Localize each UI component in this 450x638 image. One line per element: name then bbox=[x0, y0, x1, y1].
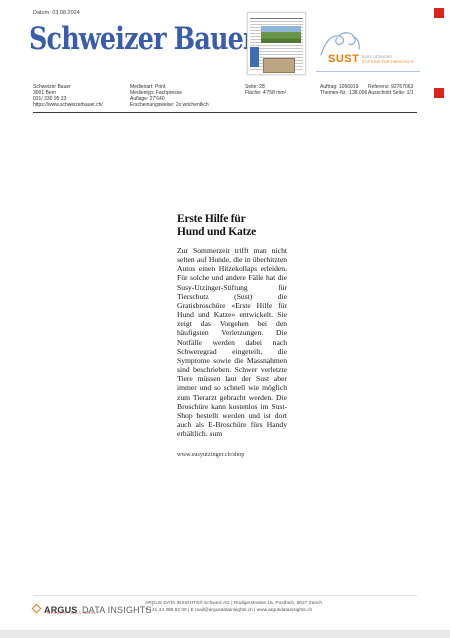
article-title-line2: Hund und Katze bbox=[177, 226, 256, 238]
sust-subtitle: SUSY UTZINGER STIFTUNG FÜR TIERSCHUTZ bbox=[362, 55, 414, 64]
meta-ausschnitt-seite: Ausschnitt Seite: 1/1 bbox=[368, 91, 414, 97]
date-label: Datum: 03.08.2024 bbox=[33, 10, 80, 16]
clipping-marker-top bbox=[434, 8, 444, 18]
thumbnail-blue-column-block bbox=[250, 47, 259, 67]
thumbnail-landscape-photo bbox=[261, 26, 301, 43]
footer-address-line: ARGUS DATA INSIGHTS® Schweiz AG | Rüdige… bbox=[145, 601, 322, 608]
meta-order-block: Auftrag: 1066919 Themen-Nr.: 138.006 bbox=[320, 85, 367, 97]
newspaper-logo: Schweizer Bauer bbox=[29, 21, 256, 57]
article-clipping: Erste Hilfe für Hund und Katze Zur Somme… bbox=[177, 213, 287, 458]
argus-tagline: WISSEN, WAS ZÄHLT. bbox=[47, 611, 102, 615]
sust-underline bbox=[316, 71, 420, 72]
meta-flaeche: Fläche: 4'758 mm² bbox=[245, 91, 286, 97]
article-title: Erste Hilfe für Hund und Katze bbox=[177, 213, 287, 239]
argus-press-clipping-page: Datum: 03.08.2024 Schweizer Bauer SUST S… bbox=[0, 0, 450, 638]
footer-contact-block: ARGUS DATA INSIGHTS® Schweiz AG | Rüdige… bbox=[145, 601, 322, 614]
argus-diamond-icon bbox=[32, 604, 42, 614]
thumbnail-page-header bbox=[250, 14, 303, 19]
meta-themen-nr: Themen-Nr.: 138.006 bbox=[320, 91, 367, 97]
page-bottom-edge bbox=[0, 630, 450, 638]
meta-erscheinungsweise: Erscheinungsweise: 2x wöchentlich bbox=[130, 103, 209, 109]
article-link[interactable]: www.susyutzinger.ch/shop bbox=[177, 451, 287, 458]
footer-divider-line bbox=[33, 595, 417, 596]
sust-logo: SUST SUSY UTZINGER STIFTUNG FÜR TIERSCHU… bbox=[316, 30, 420, 74]
clipping-marker-middle bbox=[434, 88, 444, 98]
thumbnail-article-photo bbox=[263, 58, 295, 73]
meta-source-url[interactable]: https://www.schweizerbauer.ch/ bbox=[33, 103, 103, 109]
footer-contact-line[interactable]: T +41 44 388 82 00 | E mail@argusdatains… bbox=[145, 608, 322, 615]
argus-logo: ARGUS DATA INSIGHTS’ bbox=[33, 600, 153, 618]
article-title-line1: Erste Hilfe für bbox=[177, 213, 246, 225]
article-body: Zur Sommerzeit trifft man nicht selten a… bbox=[177, 246, 287, 438]
meta-reference-block: Referenz: 92767063 Ausschnitt Seite: 1/1 bbox=[368, 85, 414, 97]
sust-subtitle-line2: STIFTUNG FÜR TIERSCHUTZ bbox=[362, 60, 414, 65]
meta-placement-block: Seite: 28 Fläche: 4'758 mm² bbox=[245, 85, 286, 97]
newspaper-page-thumbnail bbox=[247, 12, 306, 75]
sust-wordmark: SUST bbox=[328, 53, 359, 65]
meta-source-block: Schweizer Bauer 3001 Bern 031/ 330 95 33… bbox=[33, 85, 103, 109]
header-divider-line bbox=[33, 112, 417, 113]
meta-media-block: Medienart: Print Medientyp: Fachpresse A… bbox=[130, 85, 209, 109]
